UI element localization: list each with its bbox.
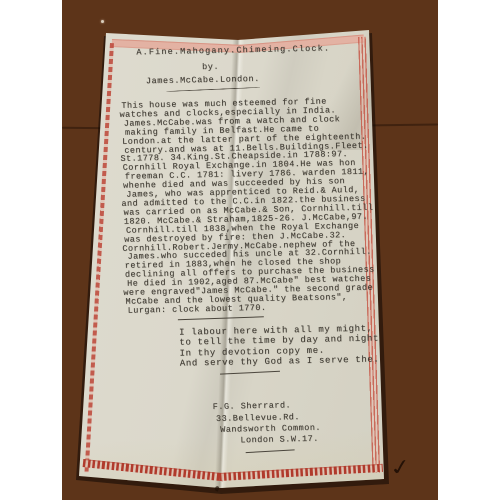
scratch-mark: ✓ xyxy=(387,453,414,482)
maker-name: James.McCabe.London. xyxy=(113,71,385,87)
divider-rule xyxy=(220,371,280,375)
stitched-border-bottom xyxy=(219,464,383,481)
stitched-border-left xyxy=(84,43,113,472)
typewritten-text: A.Fine.Mahogany.Chimeing.Clock. by. Jame… xyxy=(112,34,393,454)
photo-matte-right xyxy=(438,0,500,500)
dust-speck xyxy=(101,20,104,23)
document-title: A.Fine.Mahogany.Chimeing.Clock. xyxy=(112,42,384,58)
body-paragraph: This house was much esteemed for fine wa… xyxy=(113,96,389,315)
typed-document-paper: A.Fine.Mahogany.Chimeing.Clock. by. Jame… xyxy=(62,0,438,500)
divider-rule xyxy=(178,316,264,320)
clock-verse: I labour here with all my might, to tell… xyxy=(179,323,391,369)
photo-of-document: A.Fine.Mahogany.Chimeing.Clock. by. Jame… xyxy=(62,0,438,500)
divider-rule xyxy=(166,87,260,92)
signature-block: F.G. Sherrard. 33.Bellevue.Rd. Wandswort… xyxy=(120,399,393,450)
divider-rule xyxy=(246,449,295,453)
photo-matte-left xyxy=(0,0,62,500)
stitched-border-bottom xyxy=(83,459,224,481)
